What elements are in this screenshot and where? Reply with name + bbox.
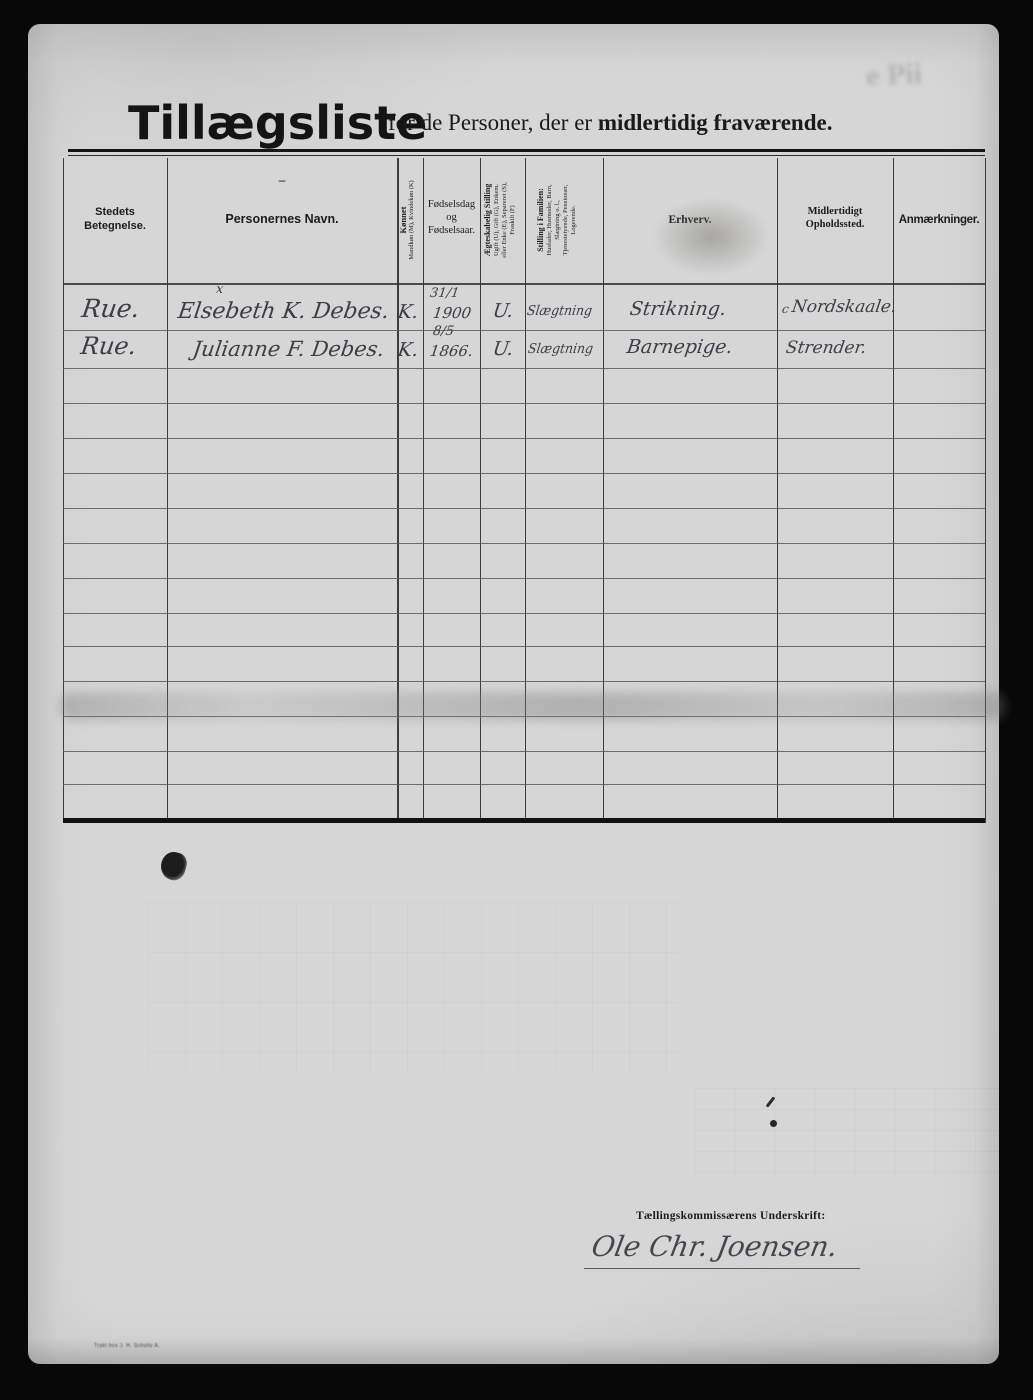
header-family-vertical: Stilling i Familien: Husfader, Husmoder,… xyxy=(536,160,592,280)
header-family-main: Stilling i Familien: xyxy=(536,160,546,280)
col-line-place-name xyxy=(167,158,168,823)
row1-birth-year: 1900 xyxy=(432,304,473,322)
page-title-emphasis: midlertidig fraværende. xyxy=(598,110,833,135)
header-sex-vertical: Kønnet Mandkøn (M), Kvindekøn (K) xyxy=(398,160,422,280)
row1-birth-day: 31/1 xyxy=(429,286,460,301)
row-line xyxy=(63,784,985,785)
page-title: Tillægsliste xyxy=(128,96,427,150)
col-line-occupation-residence xyxy=(777,158,778,823)
header-marital-vertical: Ægteskabelig Stilling Ugift (U), Gift (G… xyxy=(483,160,523,280)
row-line xyxy=(63,508,985,509)
horizontal-smudge xyxy=(60,692,1005,720)
row-line xyxy=(63,578,985,579)
row-line xyxy=(63,403,985,404)
row1-place: Rue. xyxy=(80,294,142,323)
scanned-census-page: e Pii Tillægsliste for de Personer, der … xyxy=(0,0,1033,1400)
row-line xyxy=(63,613,985,614)
row2-place: Rue. xyxy=(79,332,138,360)
stray-dot-mark xyxy=(770,1120,777,1127)
col-line-sex-birth xyxy=(423,158,424,823)
row1-family: Slægtning xyxy=(526,303,593,319)
row1-occupation: Strikning. xyxy=(628,298,727,320)
row2-birth-day: 8/5 xyxy=(432,324,455,339)
header-name: Personernes Navn. xyxy=(167,212,397,228)
row-line xyxy=(63,330,985,331)
bleedthrough-lines xyxy=(695,1088,1007,1176)
table-bottom-bar xyxy=(63,818,985,823)
header-sex-sub: Mandkøn (M), Kvindekøn (K) xyxy=(408,160,416,280)
header-marital-sub: Ugift (U), Gift (G), Enkem. eller Enke (… xyxy=(493,160,517,280)
signature-underline xyxy=(584,1268,860,1269)
table-border-right xyxy=(985,158,986,823)
row-line xyxy=(63,368,985,369)
header-stain xyxy=(652,198,770,276)
row1-sex: K. xyxy=(396,301,419,323)
row-line xyxy=(63,681,985,682)
row-line xyxy=(63,543,985,544)
signature-label: Tællingskommissærens Underskrift: xyxy=(636,1210,826,1222)
row2-name: Julianne F. Debes. xyxy=(191,337,386,361)
title-rule-heavy xyxy=(68,149,985,152)
row1-name: Elsebeth K. Debes. xyxy=(176,299,390,324)
header-name-dash: – xyxy=(167,172,397,188)
row2-birth-year: 1866. xyxy=(429,342,474,360)
header-birth: Fødselsdag og Fødselsaar. xyxy=(423,198,480,237)
col-line-family-occupation xyxy=(603,158,604,823)
row-line xyxy=(63,473,985,474)
header-sex-main: Kønnet xyxy=(398,160,408,280)
row-line xyxy=(63,438,985,439)
page-title-mid: for de Personer, der er xyxy=(388,110,592,135)
bleedthrough-grid xyxy=(148,902,678,1072)
header-place: Stedets Betegnelse. xyxy=(63,206,167,234)
row2-sex: K. xyxy=(396,339,419,361)
printer-mark: Trykt hos J. H. Schultz A. xyxy=(94,1343,160,1349)
row2-residence: Strender. xyxy=(785,338,868,358)
row1-marital: U. xyxy=(491,300,514,322)
header-residence: Midlertidigt Opholdssted. xyxy=(777,205,893,231)
row2-marital: U. xyxy=(491,338,514,360)
row-line xyxy=(63,646,985,647)
title-rule-thin xyxy=(68,155,985,156)
row-line xyxy=(63,751,985,752)
header-marital-main: Ægteskabelig Stilling xyxy=(483,160,493,280)
row1-residence: Nordskaale. xyxy=(791,297,898,317)
col-line-marital-family xyxy=(525,158,526,823)
header-family-sub: Husfader, Husmoder, Barn, Slægtning o. l… xyxy=(546,160,579,280)
col-line-birth-marital xyxy=(480,158,481,823)
table-border-left xyxy=(63,158,64,823)
col-line-residence-remarks xyxy=(893,158,894,823)
commissioner-signature: Ole Chr. Joensen. xyxy=(589,1230,840,1263)
row2-occupation: Barnepige. xyxy=(625,336,734,358)
row2-family: Slægtning xyxy=(527,341,594,357)
header-remarks: Anmærkninger. xyxy=(893,213,985,227)
header-bottom-line xyxy=(63,283,985,285)
